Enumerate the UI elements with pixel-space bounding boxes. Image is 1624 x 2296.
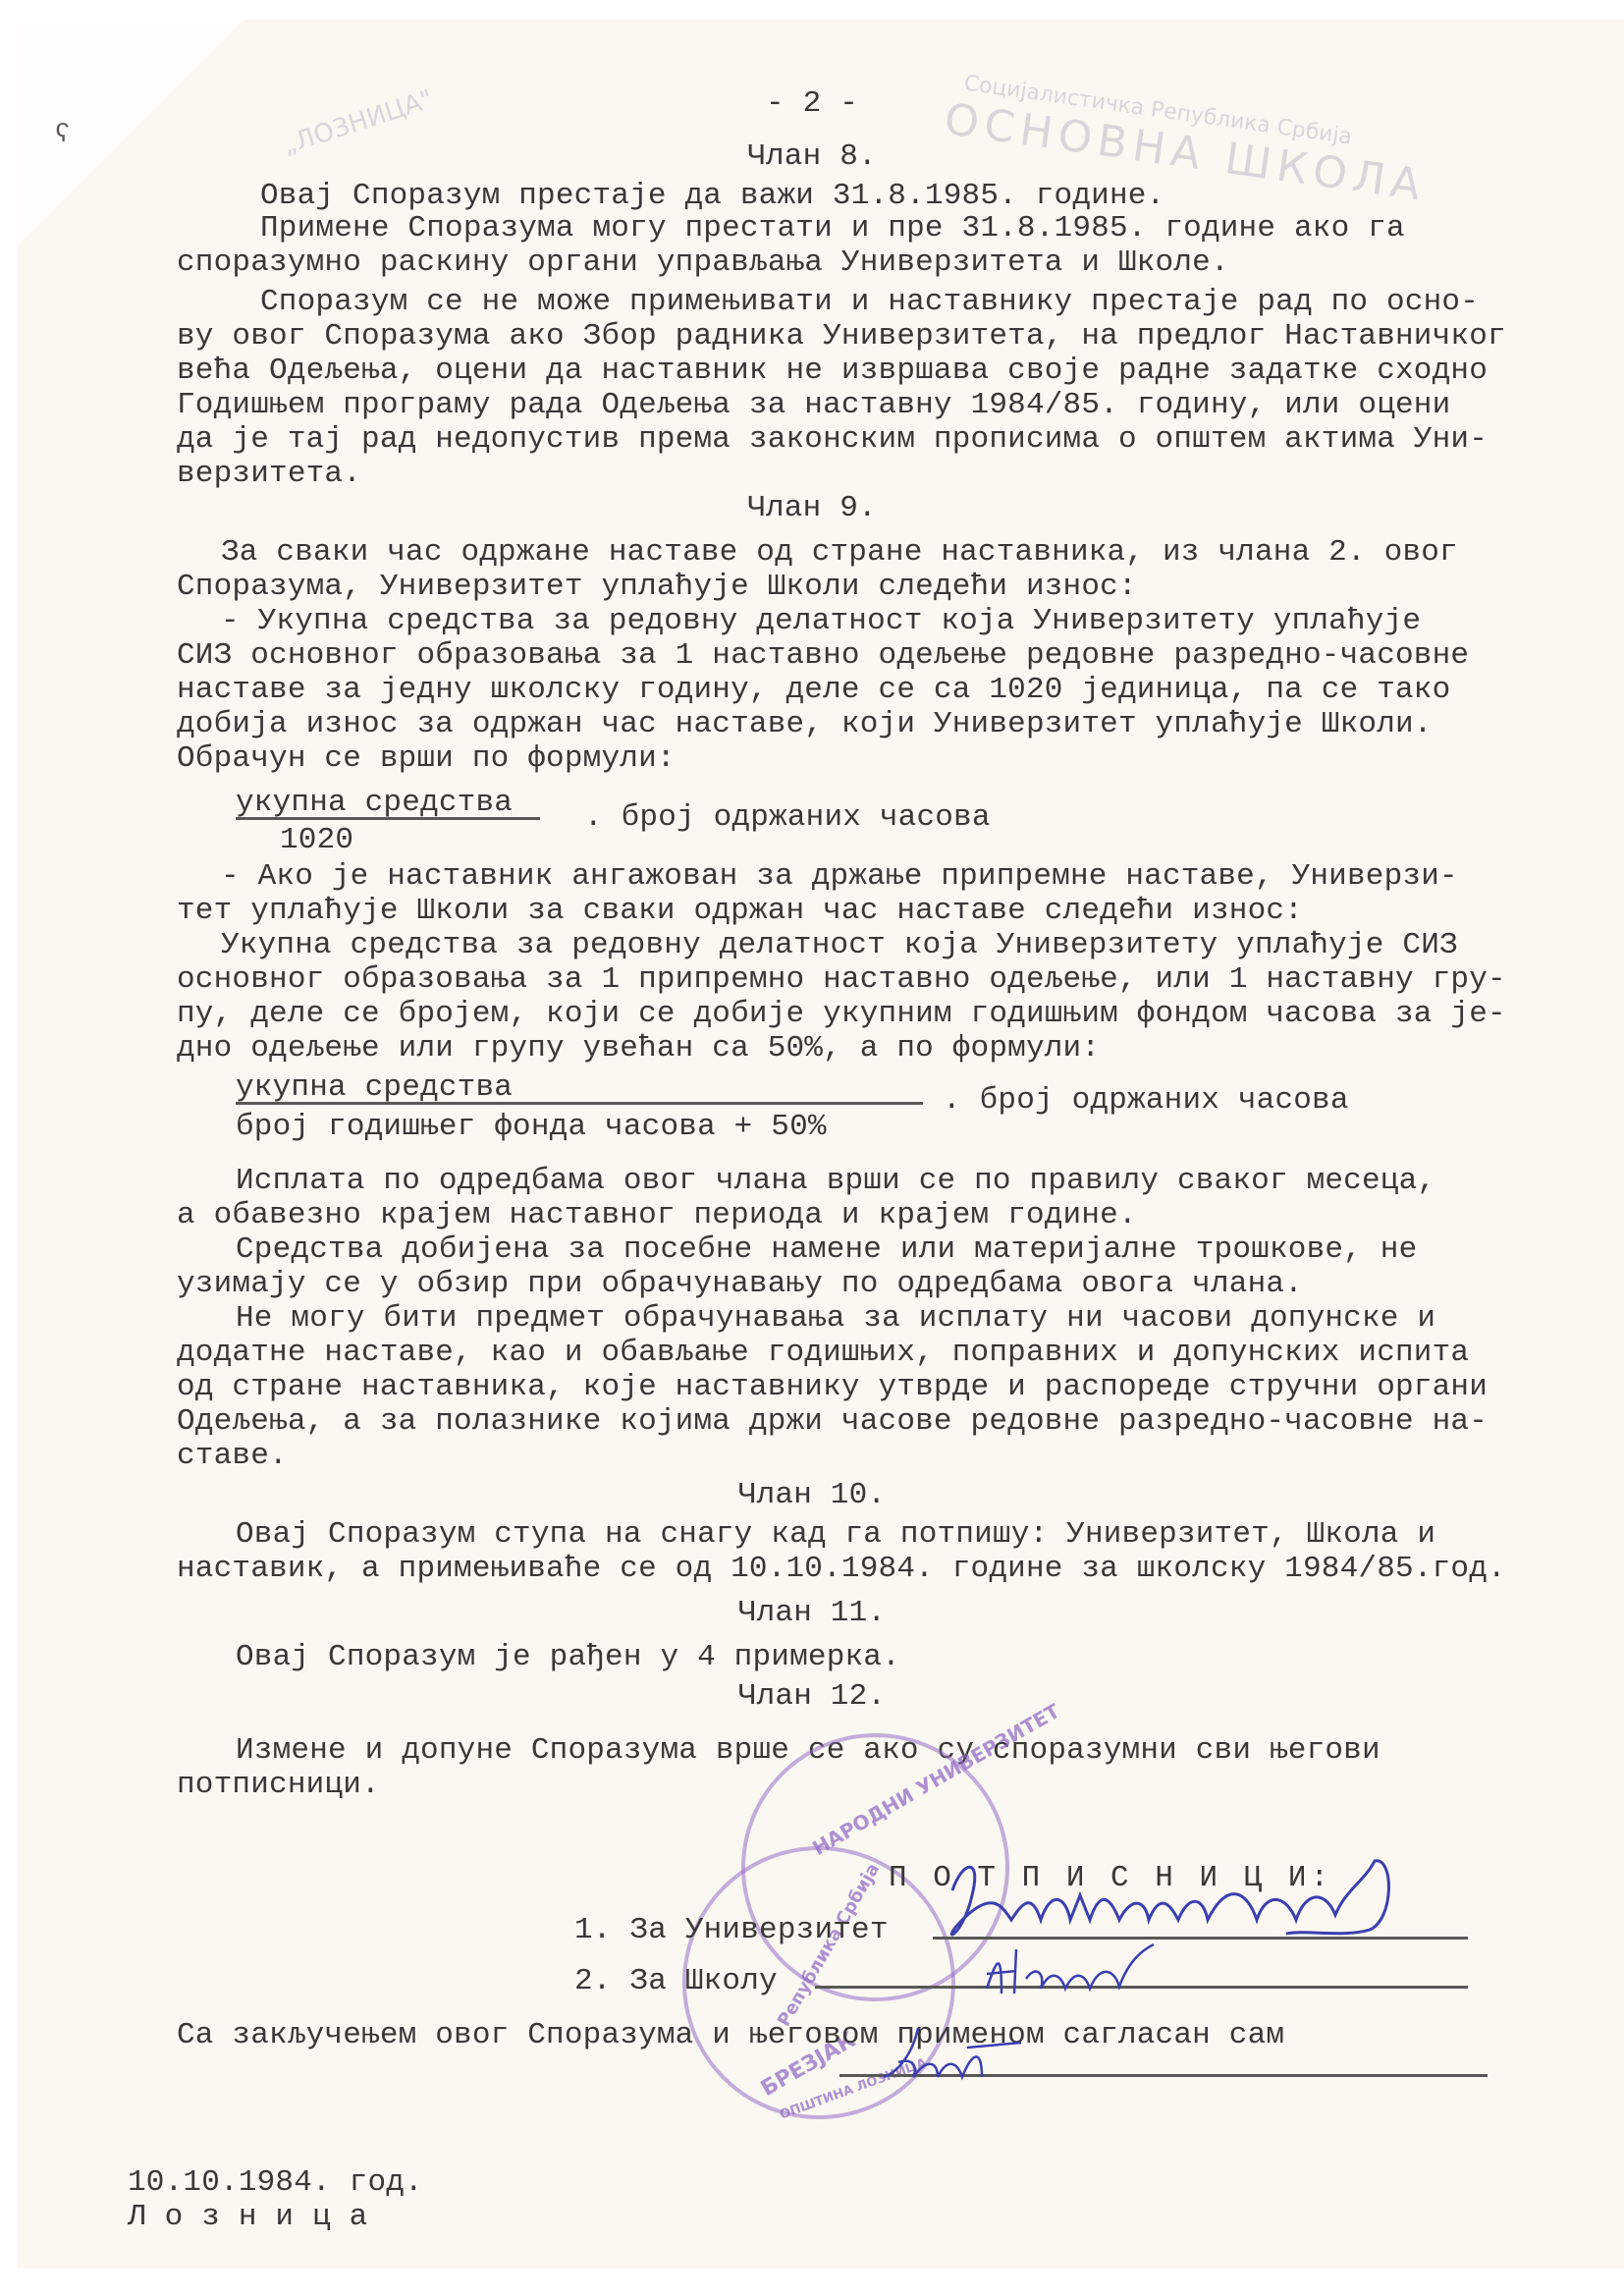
article-8-heading: Члан 8.: [0, 139, 1624, 175]
article-9-line: Не могу бити предмет обрачунавања за исп…: [236, 1301, 1435, 1337]
document-date: 10.10.1984. год.: [128, 2165, 423, 2201]
article-12-line: потписници.: [177, 1768, 380, 1803]
signatory-university-label: 1. За Универзитет: [574, 1913, 889, 1948]
signature-consent: [874, 2023, 1070, 2082]
signature-school: [977, 1940, 1173, 1998]
article-9-line: од стране наставника, које наставнику ут…: [177, 1370, 1488, 1405]
article-9-line: Обрачун се врши по формули:: [177, 741, 676, 777]
article-9-line: а обавезно крајем наставног периода и кр…: [177, 1198, 1137, 1233]
article-10-line: Овај Споразум ступа на снагу кад га потп…: [236, 1517, 1435, 1553]
formula-1-numerator: укупна средства: [236, 786, 513, 821]
article-9-line: пу, деле се бројем, који се добије укупн…: [177, 997, 1506, 1032]
article-9-line: - Ако је наставник ангажован за држање п…: [221, 859, 1458, 895]
formula-2-numerator: укупна средства: [236, 1070, 513, 1106]
formula-2-multiplier: . број одржаних часова: [943, 1083, 1349, 1119]
article-12-heading: Члан 12.: [0, 1679, 1624, 1715]
article-9-heading: Члан 9.: [0, 491, 1624, 526]
article-9-line: Споразума, Универзитет уплаћује Школи сл…: [177, 570, 1137, 605]
page-number: - 2 -: [0, 86, 1624, 122]
article-8-line: Годишњем програму рада Одељења за настав…: [177, 388, 1450, 423]
consent-statement: Са закључењем овог Споразума и његовом п…: [177, 2018, 1284, 2053]
article-10-line: наставик, а примењиваће се од 10.10.1984…: [177, 1552, 1506, 1587]
article-9-line: дно одељење или групу увећан са 50%, а п…: [177, 1031, 1100, 1066]
article-9-line: ставе.: [177, 1439, 288, 1474]
article-11-heading: Члан 11.: [0, 1596, 1624, 1631]
article-8-line: верзитета.: [177, 457, 361, 492]
formula-1-fraction-bar: [236, 817, 540, 820]
article-9-line: Исплата по одредбама овог члана врши се …: [236, 1164, 1435, 1199]
article-9-line: добија износ за одржан час наставе, који…: [177, 707, 1433, 742]
article-8-line: споразумно раскину органи управљања Унив…: [177, 246, 1229, 281]
article-8-line: ву овог Споразума ако Збор радника Униве…: [177, 319, 1506, 355]
article-9-line: Укупна средства за редовну делатност кој…: [221, 928, 1458, 963]
article-8-line: Овај Споразум престаје да важи 31.8.1985…: [260, 179, 1164, 214]
formula-2-denominator: број годишњег фонда часова + 50%: [236, 1110, 827, 1145]
article-9-line: За сваки час одржане наставе од стране н…: [221, 535, 1458, 571]
formula-2-fraction-bar: [236, 1102, 923, 1105]
article-9-line: - Укупна средства за редовну делатност к…: [221, 604, 1421, 639]
article-9-line: основног образовања за 1 припремно наста…: [177, 962, 1506, 998]
formula-1-denominator: 1020: [280, 823, 353, 858]
article-9-line: СИЗ основног образовања за 1 наставно од…: [177, 638, 1469, 674]
article-11-line: Овај Споразум је рађен у 4 примерка.: [236, 1640, 900, 1675]
article-9-line: Одељења, а за полазнике којима држи часо…: [177, 1404, 1488, 1440]
formula-1-multiplier: . број одржаних часова: [584, 800, 991, 836]
article-8-line: Споразум се не може примењивати и настав…: [260, 285, 1479, 320]
article-9-line: Средства добијена за посебне намене или …: [236, 1232, 1417, 1268]
article-9-line: наставе за једну школску годину, деле се…: [177, 673, 1450, 708]
article-10-heading: Члан 10.: [0, 1478, 1624, 1513]
folded-corner: [18, 20, 244, 246]
article-9-line: додатне наставе, као и обављање годишњих…: [177, 1336, 1469, 1371]
article-8-line: Примене Споразума могу престати и пре 31…: [260, 211, 1405, 246]
article-8-line: да је тај рад недопустив према законским…: [177, 422, 1488, 458]
document-place: Л о з н и ц а: [128, 2200, 367, 2235]
article-8-line: већа Одељења, оцени да наставник не извр…: [177, 354, 1488, 389]
article-9-line: узимају се у обзир при обрачунавању по о…: [177, 1267, 1303, 1302]
signatory-school-label: 2. За Школу: [574, 1964, 778, 1999]
article-9-line: тет уплаћује Школи за сваки одржан час н…: [177, 894, 1303, 929]
